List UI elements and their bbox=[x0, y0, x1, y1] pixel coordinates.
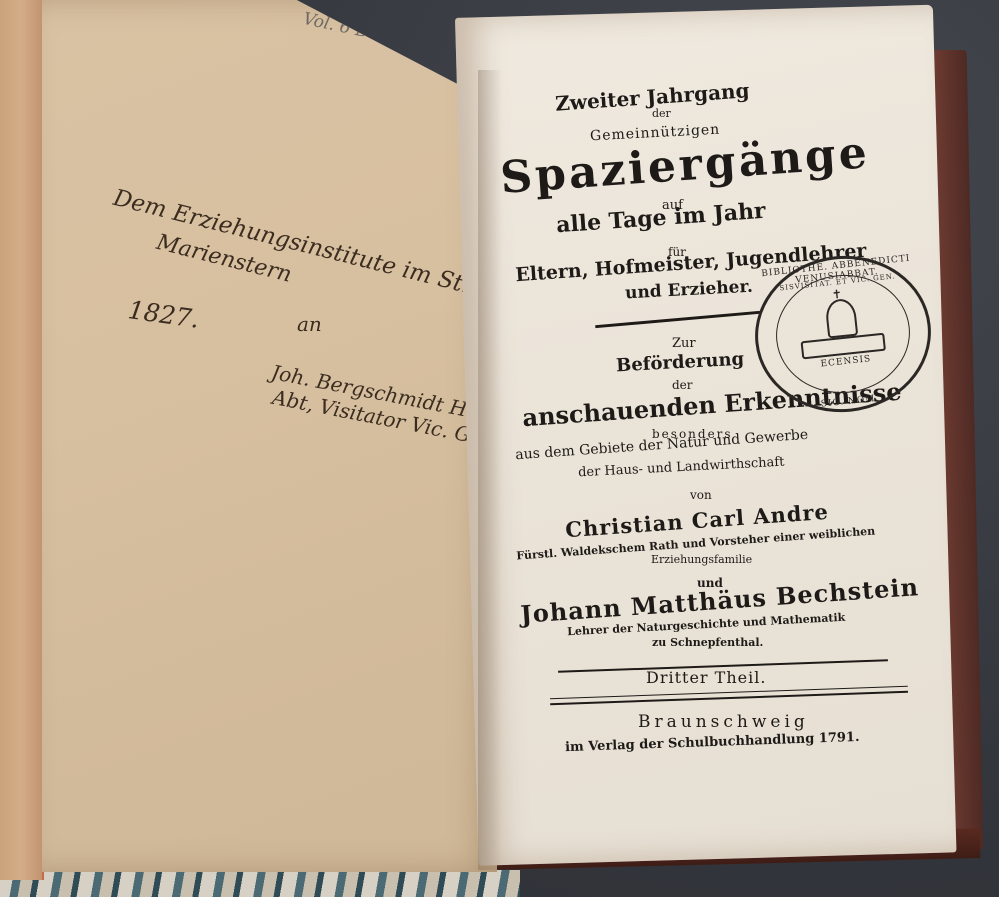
inscription-year: 1827. bbox=[126, 295, 201, 334]
volume-label: Dritter Theil. bbox=[646, 668, 766, 687]
left-endpaper-strip bbox=[0, 0, 44, 880]
pencil-note: Vol. 6 Bände = bbox=[301, 9, 430, 55]
author-1-description-2: Erziehungsfamilie bbox=[651, 553, 752, 566]
publication-place: Braunschweig bbox=[638, 712, 809, 732]
marbled-paper-edge bbox=[0, 870, 520, 897]
left-flyleaf-page: Vol. 6 Bände = Dem Erziehungsinstitute i… bbox=[42, 0, 497, 872]
title-line-12: der bbox=[672, 378, 693, 392]
book-gutter-shadow bbox=[478, 70, 502, 870]
author-2-description-2: zu Schnepfenthal. bbox=[652, 636, 763, 649]
title-line-2: der bbox=[652, 107, 671, 120]
title-line-10: Zur bbox=[672, 336, 696, 351]
title-line-17: von bbox=[690, 488, 712, 502]
inscription-an: an bbox=[297, 312, 322, 336]
